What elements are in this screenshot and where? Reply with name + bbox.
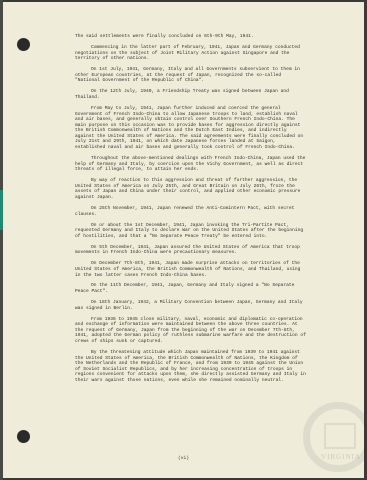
paragraph: On December 7th-8th, 1941, Japan made su… (75, 261, 307, 278)
paragraph: On 1st July, 1941, Germany, Italy and al… (75, 67, 307, 84)
paragraph: By the threatening attitude which Japan … (75, 350, 307, 384)
scan-color-tab (0, 190, 3, 230)
paragraph: On the 12th July, 1940, a Friendship Tre… (75, 89, 307, 100)
university-seal-watermark: VIRGINIA (303, 402, 364, 472)
paragraph: The said settlements were finally conclu… (75, 34, 307, 40)
document-page: The said settlements were finally conclu… (3, 2, 364, 478)
paragraph: Commencing in the latter part of Februar… (75, 45, 307, 62)
paragraph: On or about the 1st December, 1941, Japa… (75, 223, 307, 240)
paragraph: On 25th November, 1941, Japan renewed th… (75, 206, 307, 217)
paragraph: On 5th December, 1941, Japan assured the… (75, 245, 307, 256)
paragraph: On the 11th December, 1941, Japan, Germa… (75, 283, 307, 294)
seal-building-icon (324, 423, 356, 449)
document-body: The said settlements were finally conclu… (75, 34, 307, 389)
seal-text: VIRGINIA (318, 453, 364, 461)
paragraph: On 18th January, 1942, a Military Conven… (75, 300, 307, 311)
paragraph: By way of reaction to this aggression an… (75, 178, 307, 200)
paragraph: From 1936 to 1945 close military, naval,… (75, 317, 307, 345)
punch-hole-top (17, 38, 30, 51)
punch-hole-bottom (17, 430, 30, 443)
paragraph: Throughout the above-mentioned dealings … (75, 156, 307, 173)
paragraph: From May to July, 1941, Japan further in… (75, 106, 307, 151)
